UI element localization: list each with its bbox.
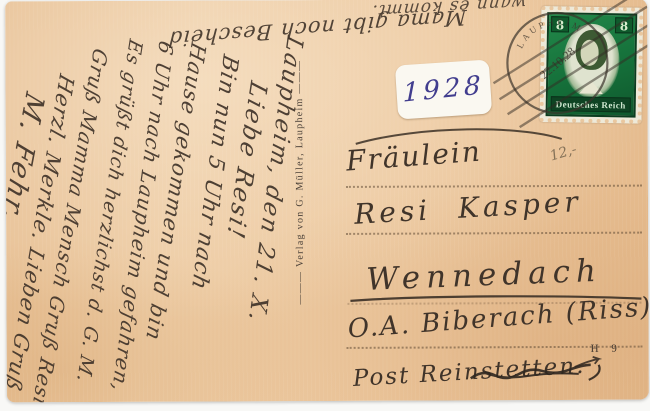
stamp-denomination-left: 8 (551, 16, 569, 32)
postcard-content: wann es kommt. Mama gibt noch Bescheid L… (5, 0, 649, 402)
postcard-scan: wann es kommt. Mama gibt noch Bescheid L… (0, 0, 650, 411)
address-post-office: Post Reinstetten. (352, 353, 586, 392)
stamp-frame: 8 8 Deutsches Reich (546, 12, 638, 117)
postage-stamp: 8 8 Deutsches Reich (539, 6, 643, 124)
stamp-portrait (563, 23, 620, 98)
print-code: H 9 (591, 343, 622, 355)
year-sticker: 1928 (395, 59, 492, 119)
portrait-collar (579, 81, 603, 94)
stamp-denomination-right: 8 (615, 17, 633, 33)
address-district: O.A. Biberach (Riss) (347, 292, 649, 345)
address-rule-1 (346, 185, 642, 188)
stamp-country-label: Deutsches Reich (551, 96, 631, 112)
address-name: Resi Kasper (353, 185, 582, 231)
address-rule-2 (346, 232, 642, 235)
pencil-price-note: 12,- (548, 142, 578, 165)
address-post-place: Reinstetten. (419, 353, 586, 388)
publisher-imprint: ——— Verlag von G. Müller, Laupheim ——— (294, 60, 306, 305)
address-post-prefix: Post (352, 363, 411, 392)
portrait-face (580, 40, 598, 66)
year-sticker-label: 1928 (403, 70, 485, 108)
address-village: Wennedach (366, 253, 603, 298)
handwritten-top-note-main: Mama gibt noch Bescheid (167, 5, 467, 51)
address-salutation: Fräulein (345, 135, 483, 178)
postcard-back: wann es kommt. Mama gibt noch Bescheid L… (5, 0, 649, 402)
